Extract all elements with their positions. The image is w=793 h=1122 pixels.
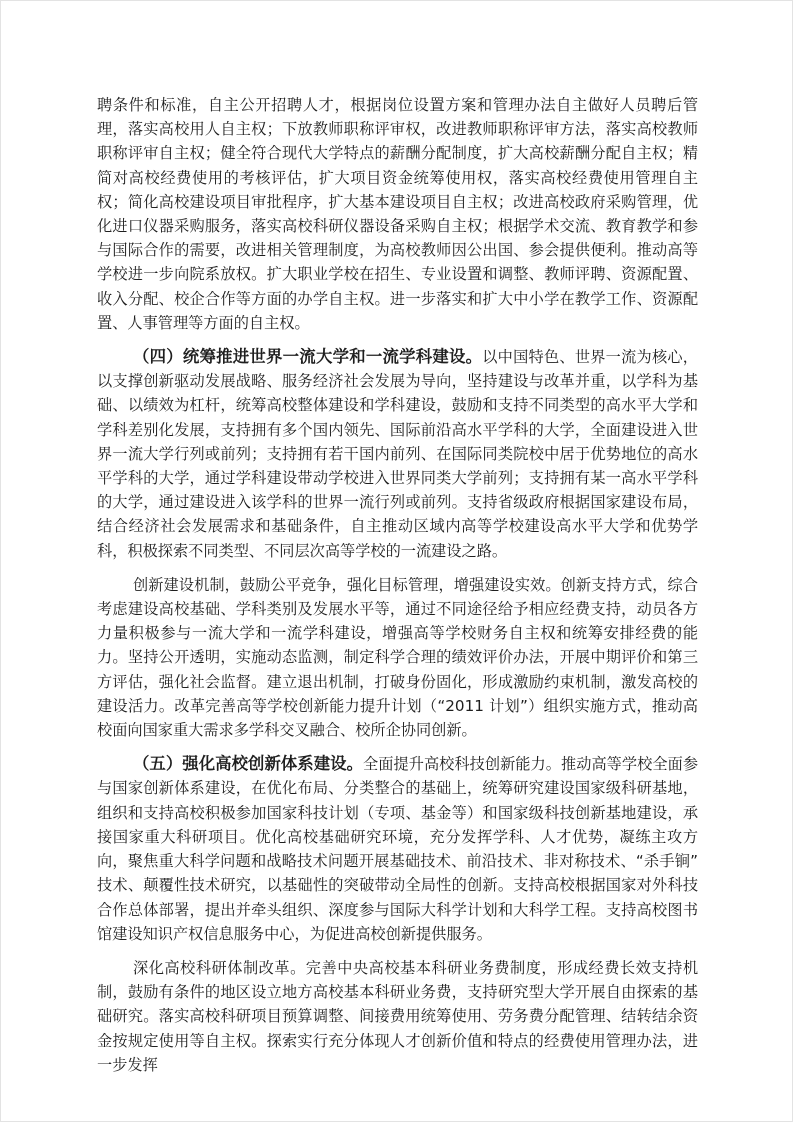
text-run: 聘条件和标准，自主公开招聘人才，根据岗位设置方案和管理办法自主做好人员聘后管理，… bbox=[97, 96, 698, 332]
document-page: 聘条件和标准，自主公开招聘人才，根据岗位设置方案和管理办法自主做好人员聘后管理，… bbox=[0, 0, 793, 1122]
paragraph-section-5-innovation-system: （五）强化高校创新体系建设。全面提升高校科技创新能力。推动高等学校全面参与国家创… bbox=[97, 752, 698, 946]
paragraph-construction-mechanism: 创新建设机制，鼓励公平竞争，强化目标管理，增强建设实效。创新支持方式，综合考虑建… bbox=[97, 573, 698, 742]
paragraph-heading-run: （四）统筹推进世界一流大学和一流学科建设。 bbox=[133, 347, 482, 366]
paragraph-heading-run: （五）强化高校创新体系建设。 bbox=[133, 754, 363, 773]
paragraph-research-system-reform: 深化高校科研体制改革。完善中央高校基本科研业务费制度，形成经费长效支持机制，鼓励… bbox=[97, 956, 698, 1077]
text-run: 以中国特色、世界一流为核心，以支撑创新驱动发展战略、服务经济社会发展为导向，坚持… bbox=[97, 348, 698, 560]
text-run: 深化高校科研体制改革。完善中央高校基本科研业务费制度，形成经费长效支持机制，鼓励… bbox=[97, 959, 698, 1074]
paragraph-section-4-world-class-universities: （四）统筹推进世界一流大学和一流学科建设。以中国特色、世界一流为核心，以支撑创新… bbox=[97, 345, 698, 563]
text-run: 创新建设机制，鼓励公平竞争，强化目标管理，增强建设实效。创新支持方式，综合考虑建… bbox=[97, 576, 698, 739]
text-run: 全面提升高校科技创新能力。推动高等学校全面参与国家创新体系建设，在优化布局、分类… bbox=[97, 755, 698, 942]
paragraph-autonomy-continuation: 聘条件和标准，自主公开招聘人才，根据岗位设置方案和管理办法自主做好人员聘后管理，… bbox=[97, 93, 698, 335]
document-body: 聘条件和标准，自主公开招聘人才，根据岗位设置方案和管理办法自主做好人员聘后管理，… bbox=[97, 93, 698, 1087]
